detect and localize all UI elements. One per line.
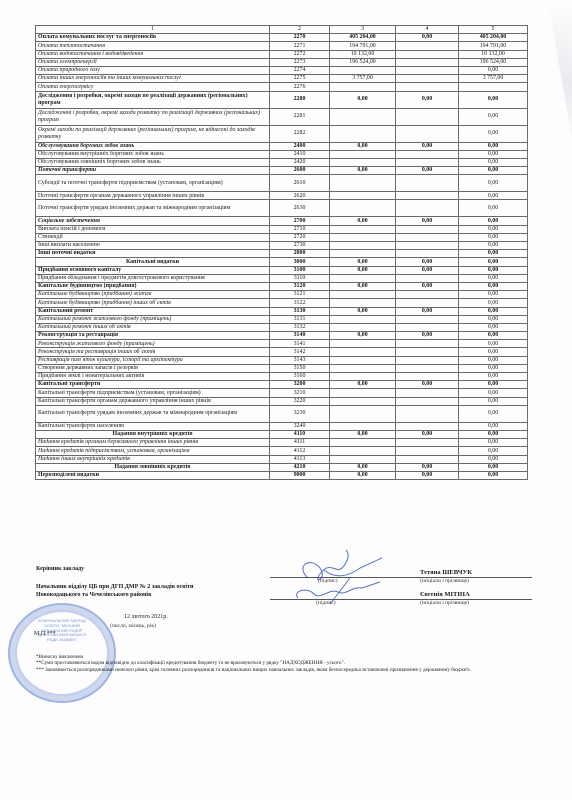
row-code: 3230: [270, 405, 330, 422]
row-code: 2420: [270, 158, 330, 166]
row-col4: 0,00: [396, 381, 459, 389]
row-label: Виплата пенсій і допомоги: [36, 225, 270, 233]
row-code: 3130: [270, 307, 330, 315]
row-code: 3120: [270, 282, 330, 290]
row-label: Поточні трансферти урядам іноземних держ…: [36, 200, 270, 217]
table-row: Капітальний ремонт інших об`єктів31320,0…: [36, 323, 528, 331]
row-col4: [396, 242, 459, 250]
row-code: 2274: [270, 66, 330, 74]
row-col4: [396, 291, 459, 299]
row-col3: [330, 397, 396, 405]
row-col3: 0,00: [330, 332, 396, 340]
row-col3: [330, 439, 396, 447]
row-col5: 0,00: [459, 307, 528, 315]
row-label: Створення державних запасів і резервів: [36, 364, 270, 372]
row-col5: 0,00: [459, 430, 528, 438]
row-code: 2281: [270, 108, 330, 125]
row-col3: 0,00: [330, 258, 396, 266]
row-col3: [330, 291, 396, 299]
row-col3: [330, 364, 396, 372]
table-row: Капітальний ремонт житлового фонду (прим…: [36, 315, 528, 323]
row-label: Оплата електроенергії: [36, 58, 270, 66]
table-row: Оплата теплопостачання2271194 791,00194 …: [36, 42, 528, 50]
row-label: Придбання обладнання і предметів довгост…: [36, 274, 270, 282]
row-col3: 0,00: [330, 167, 396, 175]
accountant-name-caption: (ініціали і прізвище): [420, 600, 469, 606]
row-label: Окремі заходи по реалізації державних (р…: [36, 125, 270, 142]
row-col3: [330, 389, 396, 397]
row-col5: 0,00: [459, 66, 528, 74]
row-col4: [396, 150, 459, 158]
row-col5: 405 204,00: [459, 34, 528, 42]
table-row: Оплата електроенергії2273196 524,00196 5…: [36, 58, 528, 66]
table-row: Створення державних запасів і резервів31…: [36, 364, 528, 372]
row-col3: [330, 323, 396, 331]
table-row: Поточні трансферти органам державного уп…: [36, 192, 528, 200]
header-col-2: 2: [270, 26, 330, 34]
row-col4: [396, 175, 459, 192]
row-col3: 3 757,00: [330, 75, 396, 83]
row-label: Надання кредитів органам державного упра…: [36, 439, 270, 447]
table-row: Інші виплати населенню27300,00: [36, 242, 528, 250]
table-row: Окремі заходи по реалізації державних (р…: [36, 125, 528, 142]
table-row: Капітальне будівництво (придбання) інших…: [36, 299, 528, 307]
head-signature-scribble: [290, 548, 400, 610]
row-label: Нерозподілені видатки: [36, 471, 270, 479]
row-label: Обслуговування зовнішніх боргових зобов`…: [36, 158, 270, 166]
row-col5: 0,00: [459, 439, 528, 447]
row-col5: 0,00: [459, 356, 528, 364]
row-col5: 0,00: [459, 471, 528, 479]
table-row: Виплата пенсій і допомоги27100,00: [36, 225, 528, 233]
row-col4: [396, 405, 459, 422]
row-col3: [330, 225, 396, 233]
table-row: Оплата енергосервісу2276: [36, 83, 528, 91]
head-title: Керівник закладу: [36, 566, 84, 573]
row-col5: 0,00: [459, 455, 528, 463]
row-col5: 0,00: [459, 389, 528, 397]
table-row: Придбання обладнання і предметів довгост…: [36, 274, 528, 282]
row-col4: 0,00: [396, 266, 459, 274]
row-col5: 0,00: [459, 258, 528, 266]
table-row: Капітальні трансферти32000,000,000,00: [36, 381, 528, 389]
row-label: Стипендії: [36, 233, 270, 241]
row-code: 2272: [270, 50, 330, 58]
row-col3: [330, 175, 396, 192]
row-col5: 0,00: [459, 323, 528, 331]
row-col5: 0,00: [459, 266, 528, 274]
table-row: Капітальний ремонт31300,000,000,00: [36, 307, 528, 315]
head-name-caption: (ініціали і прізвище): [420, 578, 469, 584]
row-label: Оплата енергосервісу: [36, 83, 270, 91]
table-row: Реконструкція та реставрація31400,000,00…: [36, 332, 528, 340]
footnote-3: *** Заповнюється розпорядниками нижчого …: [36, 667, 536, 673]
row-label: Оплата інших енергоносіїв та інших комун…: [36, 75, 270, 83]
row-col3: [330, 299, 396, 307]
row-col3: 196 524,00: [330, 58, 396, 66]
row-code: 3240: [270, 422, 330, 430]
row-col3: [330, 108, 396, 125]
row-col3: 0,00: [330, 142, 396, 150]
footnotes: *Виноску виключено **Суми проставляються…: [36, 654, 536, 673]
row-code: 3110: [270, 274, 330, 282]
row-col3: [330, 158, 396, 166]
row-col4: [396, 299, 459, 307]
row-col3: [330, 242, 396, 250]
row-col4: [396, 439, 459, 447]
row-col5: 0,00: [459, 225, 528, 233]
table-row: Поточні трансферти урядам іноземних держ…: [36, 200, 528, 217]
table-row: Надання зовнішніх кредитів42100,000,000,…: [36, 463, 528, 471]
table-row: Інші поточні видатки28000,00: [36, 250, 528, 258]
row-col5: 0,00: [459, 364, 528, 372]
stamp-text: КОМУНАЛЬНИЙ ЗАКЛАД ОСВІТИ "МІСЬКИЙ ЮРИДИ…: [34, 619, 90, 643]
row-label: Оплата природного газу: [36, 66, 270, 74]
row-col4: 0,00: [396, 91, 459, 108]
row-col4: [396, 315, 459, 323]
row-col5: 0,00: [459, 373, 528, 381]
row-col5: 196 524,00: [459, 58, 528, 66]
table-row: Оплата комунальних послуг та енергоносії…: [36, 34, 528, 42]
row-col3: 0,00: [330, 430, 396, 438]
row-code: 2276: [270, 83, 330, 91]
table-row: Надання інших внутрішніх кредитів41130,0…: [36, 455, 528, 463]
row-label: Капітальне будівництво (придбання) житла: [36, 291, 270, 299]
row-col4: [396, 356, 459, 364]
row-label: Інші виплати населенню: [36, 242, 270, 250]
row-col3: [330, 66, 396, 74]
row-col4: 0,00: [396, 167, 459, 175]
row-col5: 3 757,00: [459, 75, 528, 83]
row-label: Реконструкція та реставрація інших об`єк…: [36, 348, 270, 356]
table-header-row: 1 2 3 4 5: [36, 26, 528, 34]
row-code: 2282: [270, 125, 330, 142]
table-row: Капітальні видатки30000,000,000,00: [36, 258, 528, 266]
row-col3: [330, 356, 396, 364]
row-code: 2410: [270, 150, 330, 158]
row-col5: 0,00: [459, 299, 528, 307]
row-label: Поточні трансферти: [36, 167, 270, 175]
row-label: Надання кредитів підприємствам, установа…: [36, 447, 270, 455]
table-row: Дослідження і розробки, окремі заходи по…: [36, 91, 528, 108]
row-col4: [396, 200, 459, 217]
row-col4: 0,00: [396, 471, 459, 479]
row-col3: [330, 315, 396, 323]
row-label: Капітальний ремонт інших об`єктів: [36, 323, 270, 331]
row-label: Реставрація пам`яток культури, історії т…: [36, 356, 270, 364]
row-col4: 0,00: [396, 332, 459, 340]
row-label: Обслуговування внутрішніх боргових зобов…: [36, 150, 270, 158]
row-col3: [330, 250, 396, 258]
row-col5: 0,00: [459, 167, 528, 175]
row-col3: [330, 348, 396, 356]
row-code: 3220: [270, 397, 330, 405]
row-col4: [396, 50, 459, 58]
row-col5: 0,00: [459, 463, 528, 471]
row-col4: 0,00: [396, 142, 459, 150]
header-col-3: 3: [330, 26, 396, 34]
row-code: 2800: [270, 250, 330, 258]
row-col3: 405 204,00: [330, 34, 396, 42]
row-col4: [396, 158, 459, 166]
row-code: 3122: [270, 299, 330, 307]
row-code: 3100: [270, 266, 330, 274]
row-col4: [396, 447, 459, 455]
row-col4: [396, 323, 459, 331]
head-name: Тетяна ШЕВЧУК: [420, 569, 472, 576]
row-label: Оплата комунальних послуг та енергоносії…: [36, 34, 270, 42]
row-col5: 0,00: [459, 332, 528, 340]
row-col5: 194 791,00: [459, 42, 528, 50]
row-col4: 0,00: [396, 217, 459, 225]
accountant-title-line2: Новокодацького та Чечелівського районів: [36, 592, 151, 599]
date-caption: (число, місяць, рік): [110, 623, 156, 629]
header-col-5: 5: [459, 26, 528, 34]
row-label: Надання зовнішніх кредитів: [36, 463, 270, 471]
row-label: Соціальне забезпечення: [36, 217, 270, 225]
row-label: Капітальні трансферти урядам іноземних д…: [36, 405, 270, 422]
row-col5: 0,00: [459, 348, 528, 356]
row-col5: 0,00: [459, 91, 528, 108]
row-code: 3200: [270, 381, 330, 389]
row-label: Капітальний ремонт: [36, 307, 270, 315]
row-col3: 0,00: [330, 217, 396, 225]
date: 12 лютого 2021р.: [124, 614, 168, 621]
table-row: Поточні трансферти26000,000,000,00: [36, 167, 528, 175]
row-col3: [330, 274, 396, 282]
row-code: 2600: [270, 167, 330, 175]
table-row: Надання внутрішніх кредитів41100,000,000…: [36, 430, 528, 438]
row-label: Капітальне будівництво (придбання) інших…: [36, 299, 270, 307]
row-code: 3132: [270, 323, 330, 331]
row-code: 3131: [270, 315, 330, 323]
row-col5: 0,00: [459, 200, 528, 217]
page-fold-shadow: [532, 0, 572, 140]
row-label: Реконструкція житлового фонду (приміщень…: [36, 340, 270, 348]
row-col4: 0,00: [396, 34, 459, 42]
row-code: 2630: [270, 200, 330, 217]
row-label: Капітальне будівництво (придбання): [36, 282, 270, 290]
row-col3: [330, 192, 396, 200]
row-code: 3121: [270, 291, 330, 299]
row-col4: [396, 83, 459, 91]
row-label: Дослідження і розробки, окремі заходи по…: [36, 91, 270, 108]
table-row: Нерозподілені видатки90000,000,000,00: [36, 471, 528, 479]
row-col4: [396, 233, 459, 241]
row-col5: 0,00: [459, 274, 528, 282]
row-col4: [396, 75, 459, 83]
row-code: 4210: [270, 463, 330, 471]
row-code: 3142: [270, 348, 330, 356]
table-row: Придбання землі і нематеріальних активів…: [36, 373, 528, 381]
row-code: 2275: [270, 75, 330, 83]
row-col4: [396, 58, 459, 66]
row-col5: 0,00: [459, 282, 528, 290]
row-col4: 0,00: [396, 258, 459, 266]
row-col4: [396, 192, 459, 200]
header-col-1: 1: [36, 26, 270, 34]
row-label: Капітальні трансферти населенню: [36, 422, 270, 430]
row-code: 3000: [270, 258, 330, 266]
row-col5: 0,00: [459, 192, 528, 200]
row-col5: 0,00: [459, 405, 528, 422]
row-code: 3160: [270, 373, 330, 381]
row-col3: [330, 150, 396, 158]
header-col-4: 4: [396, 26, 459, 34]
row-label: Капітальні трансферти органам державного…: [36, 397, 270, 405]
row-col3: [330, 455, 396, 463]
row-code: 2400: [270, 142, 330, 150]
row-col5: 0,00: [459, 422, 528, 430]
row-label: Інші поточні видатки: [36, 250, 270, 258]
row-label: Поточні трансферти органам державного уп…: [36, 192, 270, 200]
table-row: Обслуговування зовнішніх боргових зобов`…: [36, 158, 528, 166]
table-row: Капітальне будівництво (придбання)31200,…: [36, 282, 528, 290]
row-col4: [396, 225, 459, 233]
row-col4: [396, 340, 459, 348]
row-label: Надання внутрішніх кредитів: [36, 430, 270, 438]
table-row: Субсидії та поточні трансферти підприємс…: [36, 175, 528, 192]
table-row: Оплата водопостачання і водовідведення22…: [36, 50, 528, 58]
row-code: 4112: [270, 447, 330, 455]
row-label: Реконструкція та реставрація: [36, 332, 270, 340]
row-col4: [396, 373, 459, 381]
row-col5: 0,00: [459, 150, 528, 158]
table-row: Реконструкція та реставрація інших об`єк…: [36, 348, 528, 356]
row-code: 2730: [270, 242, 330, 250]
row-col4: [396, 125, 459, 142]
row-label: Капітальні видатки: [36, 258, 270, 266]
row-col4: 0,00: [396, 463, 459, 471]
row-col3: [330, 405, 396, 422]
table-row: Капітальні трансферти органам державного…: [36, 397, 528, 405]
row-code: 2270: [270, 34, 330, 42]
row-code: 3210: [270, 389, 330, 397]
row-code: 2620: [270, 192, 330, 200]
expenditure-table: 1 2 3 4 5 Оплата комунальних послуг та е…: [35, 25, 528, 480]
row-col4: [396, 397, 459, 405]
row-code: 2710: [270, 225, 330, 233]
row-col5: 0,00: [459, 108, 528, 125]
row-col3: [330, 83, 396, 91]
row-col5: 0,00: [459, 381, 528, 389]
row-col4: 0,00: [396, 430, 459, 438]
row-col3: [330, 233, 396, 241]
row-col4: [396, 250, 459, 258]
accountant-name: Євгенія МІТІНА: [420, 591, 470, 598]
row-col3: 0,00: [330, 381, 396, 389]
row-col4: [396, 42, 459, 50]
row-code: 3143: [270, 356, 330, 364]
table-row: Капітальні трансферти урядам іноземних д…: [36, 405, 528, 422]
table-row: Обслуговування боргових зобов`язань24000…: [36, 142, 528, 150]
row-col3: [330, 447, 396, 455]
row-code: 2700: [270, 217, 330, 225]
table-row: Дослідження і розробки, окремі заходи ро…: [36, 108, 528, 125]
row-col4: [396, 348, 459, 356]
row-col3: 0,00: [330, 266, 396, 274]
row-col5: [459, 83, 528, 91]
row-col5: 0,00: [459, 175, 528, 192]
row-label: Капітальний ремонт житлового фонду (прим…: [36, 315, 270, 323]
table-row: Надання кредитів органам державного упра…: [36, 439, 528, 447]
table-row: Надання кредитів підприємствам, установа…: [36, 447, 528, 455]
row-col5: 0,00: [459, 315, 528, 323]
row-col3: [330, 422, 396, 430]
row-col3: 0,00: [330, 463, 396, 471]
row-code: 4113: [270, 455, 330, 463]
row-col4: [396, 108, 459, 125]
row-col4: 0,00: [396, 307, 459, 315]
row-col3: 0,00: [330, 282, 396, 290]
official-stamp: КОМУНАЛЬНИЙ ЗАКЛАД ОСВІТИ "МІСЬКИЙ ЮРИДИ…: [8, 603, 116, 703]
row-col5: 0,00: [459, 291, 528, 299]
row-col3: 0,00: [330, 471, 396, 479]
table-row: Капітальні трансферти підприємствам (уст…: [36, 389, 528, 397]
row-col5: 10 132,00: [459, 50, 528, 58]
table-row: Оплата природного газу22740,00: [36, 66, 528, 74]
row-col5: 0,00: [459, 217, 528, 225]
table-row: Придбання основного капіталу31000,000,00…: [36, 266, 528, 274]
row-code: 2280: [270, 91, 330, 108]
row-label: Оплата теплопостачання: [36, 42, 270, 50]
row-col5: 0,00: [459, 233, 528, 241]
row-col3: 0,00: [330, 91, 396, 108]
row-label: Обслуговування боргових зобов`язань: [36, 142, 270, 150]
table-row: Реконструкція житлового фонду (приміщень…: [36, 340, 528, 348]
row-col5: 0,00: [459, 242, 528, 250]
row-code: 2271: [270, 42, 330, 50]
table-row: Обслуговування внутрішніх боргових зобов…: [36, 150, 528, 158]
row-col5: 0,00: [459, 125, 528, 142]
table-row: Капітальне будівництво (придбання) житла…: [36, 291, 528, 299]
row-label: Придбання землі і нематеріальних активів: [36, 373, 270, 381]
row-col4: 0,00: [396, 282, 459, 290]
row-label: Дослідження і розробки, окремі заходи ро…: [36, 108, 270, 125]
row-col4: [396, 422, 459, 430]
row-col4: [396, 389, 459, 397]
row-col5: 0,00: [459, 340, 528, 348]
row-code: 3150: [270, 364, 330, 372]
row-col3: 194 791,00: [330, 42, 396, 50]
row-col5: 0,00: [459, 142, 528, 150]
table-row: Стипендії27200,00: [36, 233, 528, 241]
row-col5: 0,00: [459, 158, 528, 166]
row-col5: 0,00: [459, 447, 528, 455]
table-row: Соціальне забезпечення27000,000,000,00: [36, 217, 528, 225]
row-code: 3140: [270, 332, 330, 340]
row-label: Надання інших внутрішніх кредитів: [36, 455, 270, 463]
row-col3: [330, 340, 396, 348]
row-code: 2273: [270, 58, 330, 66]
row-label: Субсидії та поточні трансферти підприємс…: [36, 175, 270, 192]
row-label: Придбання основного капіталу: [36, 266, 270, 274]
row-col5: 0,00: [459, 250, 528, 258]
row-col5: 0,00: [459, 397, 528, 405]
table-row: Оплата інших енергоносіїв та інших комун…: [36, 75, 528, 83]
row-code: 9000: [270, 471, 330, 479]
row-col3: [330, 373, 396, 381]
row-col3: 10 132,00: [330, 50, 396, 58]
row-code: 4111: [270, 439, 330, 447]
row-col4: [396, 364, 459, 372]
row-col3: 0,00: [330, 307, 396, 315]
table-row: Реставрація пам`яток культури, історії т…: [36, 356, 528, 364]
row-code: 3141: [270, 340, 330, 348]
row-label: Капітальні трансферти: [36, 381, 270, 389]
row-code: 2720: [270, 233, 330, 241]
row-label: Оплата водопостачання і водовідведення: [36, 50, 270, 58]
